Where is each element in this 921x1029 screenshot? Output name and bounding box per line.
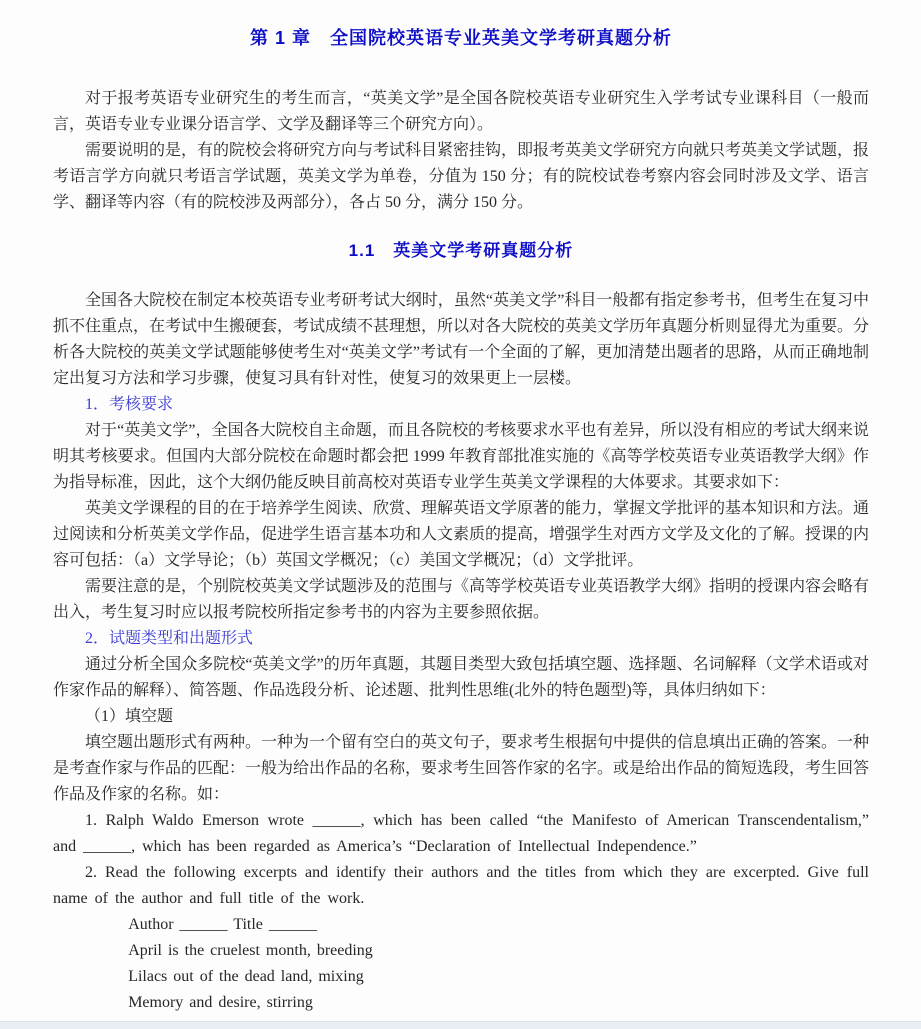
question-types-paragraph: 通过分析全国众多院校“英美文学”的历年真题，其题目类型大致包括填空题、选择题、名… — [53, 652, 869, 704]
poem-line-author-title: Author ______ Title ______ — [128, 912, 869, 938]
assessment-paragraph-1: 对于“英美文学”，全国各大院校自主命题，而且各院校的考核要求水平也有差异，所以没… — [53, 418, 869, 496]
assessment-paragraph-3: 需要注意的是，个别院校英美文学试题涉及的范围与《高等学校英语专业英语教学大纲》指… — [53, 574, 869, 626]
poem-excerpt-block: Author ______ Title ______ April is the … — [128, 912, 869, 1016]
section-1-1-heading: 1.1 英美文学考研真题分析 — [53, 240, 869, 262]
example-question-1: 1. Ralph Waldo Emerson wrote ______, whi… — [53, 808, 869, 860]
intro-paragraph-2: 需要说明的是，有的院校会将研究方向与考试科目紧密挂钩，即报考英美文学研究方向就只… — [53, 138, 869, 216]
poem-line-1: April is the cruelest month, breeding — [128, 938, 869, 964]
document-page: 第 1 章 全国院校英语专业英美文学考研真题分析 对于报考英语专业研究生的考生而… — [0, 0, 921, 1029]
question-type-1-label: （1）填空题 — [53, 704, 869, 730]
intro-paragraph-1: 对于报考英语专业研究生的考生而言，“英美文学”是全国各院校英语专业研究生入学考试… — [53, 86, 869, 138]
chapter-title: 第 1 章 全国院校英语专业英美文学考研真题分析 — [53, 26, 869, 50]
fill-in-blank-intro-paragraph: 填空题出题形式有两种。一种为一个留有空白的英文句子，要求考生根据句中提供的信息填… — [53, 730, 869, 808]
assessment-paragraph-2: 英美文学课程的目的在于培养学生阅读、欣赏、理解英语文学原著的能力，掌握文学批评的… — [53, 496, 869, 574]
example-question-2: 2. Read the following excerpts and ident… — [53, 860, 869, 912]
subsection-2-heading: 2．试题类型和出题形式 — [53, 626, 869, 652]
subsection-1-heading: 1．考核要求 — [53, 392, 869, 418]
poem-line-3: Memory and desire, stirring — [128, 990, 869, 1016]
page-bottom-band — [0, 1021, 921, 1029]
page-content: 第 1 章 全国院校英语专业英美文学考研真题分析 对于报考英语专业研究生的考生而… — [0, 0, 921, 1016]
poem-line-2: Lilacs out of the dead land, mixing — [128, 964, 869, 990]
section-overview-paragraph: 全国各大院校在制定本校英语专业考研考试大纲时，虽然“英美文学”科目一般都有指定参… — [53, 288, 869, 392]
